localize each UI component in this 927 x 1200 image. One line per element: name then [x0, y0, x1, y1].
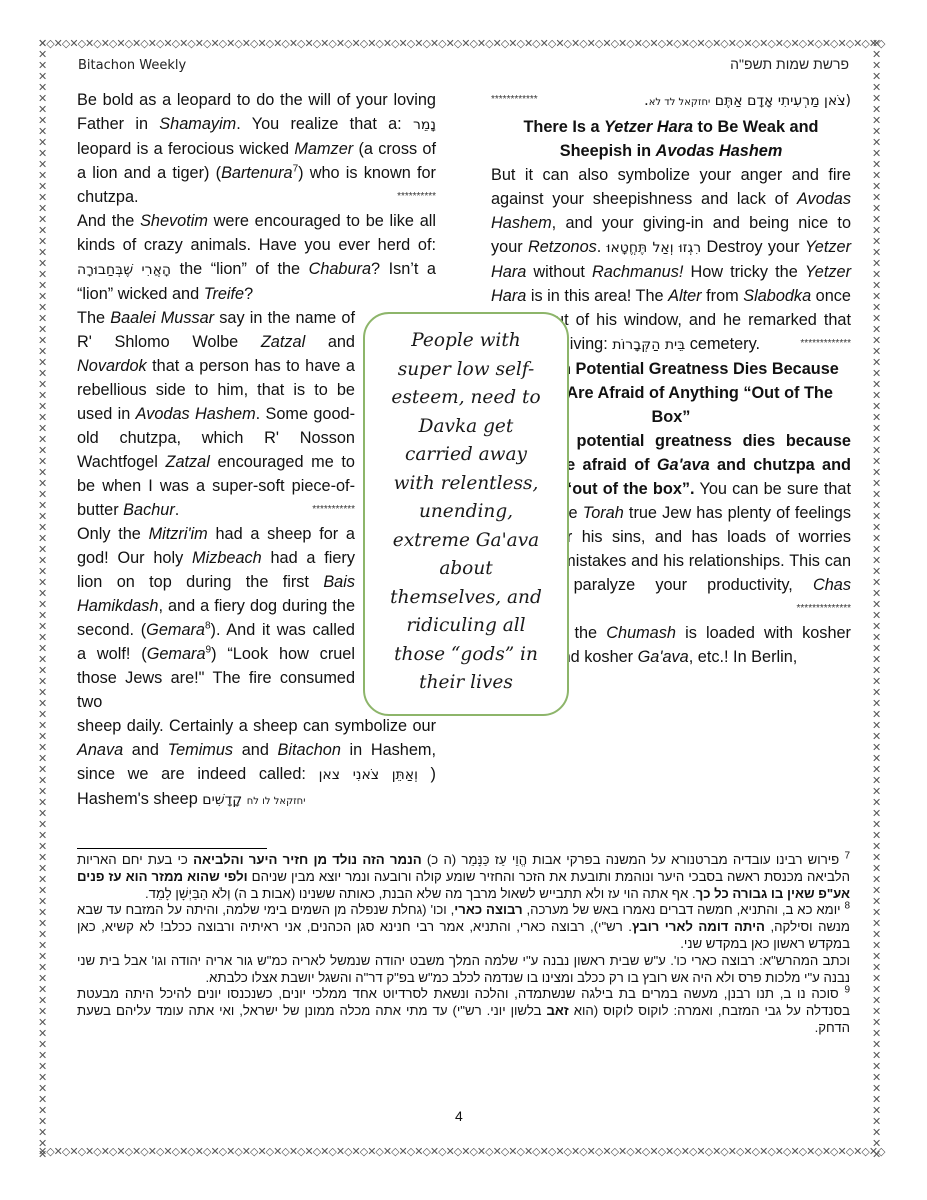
- footnote-7: 7 פירוש רבינו עובדיה מברטנורא על המשנה ב…: [77, 852, 850, 902]
- section-divider: ************: [491, 88, 538, 112]
- section-divider: **********: [397, 185, 436, 209]
- footnote-8: 8 יומא כא ב, והתניא, חמשה דברים נאמרו בא…: [77, 902, 850, 952]
- border-pattern-icon: ✕◇✕◇✕◇✕◇✕◇✕◇✕◇✕◇✕◇✕◇✕◇✕◇✕◇✕◇✕◇✕◇✕◇✕◇✕◇✕◇…: [38, 38, 886, 52]
- paragraph: Be bold as a leopard to do the will of y…: [77, 88, 436, 209]
- section-divider: **************: [797, 597, 851, 621]
- footnote-9: 9 סוכה נו ב, תנו רבנן, מעשה במרים בת ביל…: [77, 986, 850, 1036]
- border-pattern-icon: ✕✕✕✕✕✕✕✕✕✕✕✕✕✕✕✕✕✕✕✕✕✕✕✕✕✕✕✕✕✕✕✕✕✕✕✕✕✕✕✕…: [872, 38, 886, 1160]
- paragraph: The Baalei Mussar say in the name of R' …: [77, 306, 355, 522]
- paragraph: ************(צֹאן מַרְעִיתִי אָדָם אַתֶּ…: [491, 88, 851, 115]
- footnotes: 7 פירוש רבינו עובדיה מברטנורא על המשנה ב…: [77, 852, 850, 1037]
- footnote-separator: [77, 848, 267, 849]
- parsha-title: פרשת שמות תשפ"ה: [730, 56, 849, 72]
- paragraph: sheep daily. Certainly a sheep can symbo…: [77, 714, 436, 814]
- footnote-8-continued: וכתב המהרש"א: רבוצה כארי כו'. ע"ש שבית ר…: [77, 953, 850, 987]
- border-pattern-icon: ✕◇✕◇✕◇✕◇✕◇✕◇✕◇✕◇✕◇✕◇✕◇✕◇✕◇✕◇✕◇✕◇✕◇✕◇✕◇✕◇…: [38, 1146, 886, 1160]
- paragraph: And the Shevotim were encouraged to be l…: [77, 209, 436, 306]
- border-pattern-icon: ✕✕✕✕✕✕✕✕✕✕✕✕✕✕✕✕✕✕✕✕✕✕✕✕✕✕✕✕✕✕✕✕✕✕✕✕✕✕✕✕…: [38, 38, 52, 1160]
- section-heading: There Is a Yetzer Hara to Be Weak and Sh…: [491, 115, 851, 163]
- page-number: 4: [455, 1108, 463, 1124]
- paragraph: Only the Mitzri'im had a sheep for a god…: [77, 522, 355, 714]
- publication-title: Bitachon Weekly: [78, 58, 186, 73]
- section-divider: ***********: [312, 498, 355, 522]
- section-divider: *************: [800, 332, 851, 356]
- pull-quote-box: People with super low self- esteem, need…: [363, 312, 569, 716]
